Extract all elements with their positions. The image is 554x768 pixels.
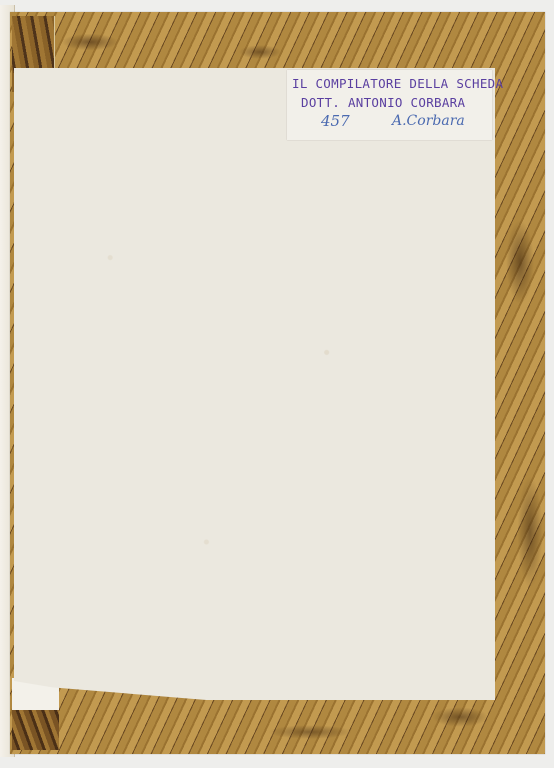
marbled-fragment [12, 710, 59, 750]
handwritten-number: 457 [321, 112, 350, 130]
cataloguer-label: IL COMPILATORE DELLA SCHEDA DOTT. ANTONI… [287, 70, 492, 140]
turn-in-bottom-left [12, 678, 59, 750]
blank-pastedown [14, 68, 495, 700]
stamp-line-2: DOTT. ANTONIO CORBARA [301, 95, 465, 110]
signature: A.Corbara [392, 113, 465, 129]
stamp-line-1: IL COMPILATORE DELLA SCHEDA [292, 76, 503, 91]
